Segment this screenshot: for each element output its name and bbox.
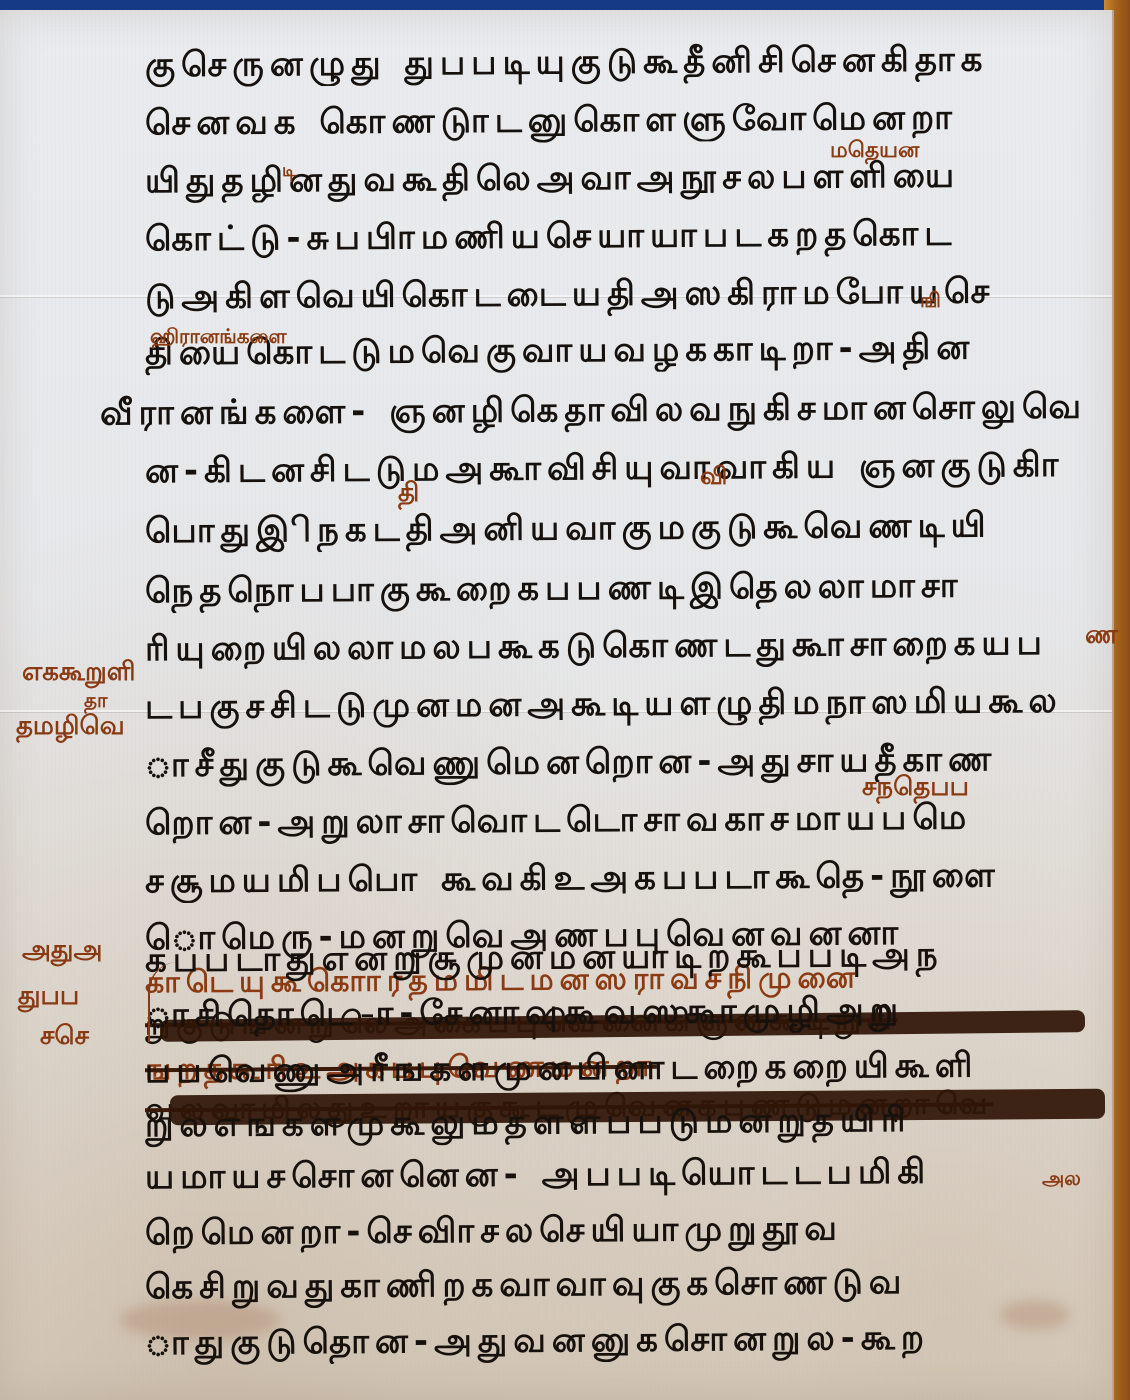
correction-note: டி bbox=[282, 160, 296, 183]
text-line: கெசிறுவதுகாணிறகவாவாவுகுகசொணடுவ bbox=[145, 1259, 1085, 1310]
text-line: றுலஎஙகளமுகூலுமதளளபபடுமனறுதயிரி bbox=[145, 1097, 1085, 1148]
text-line: ாதுகுடுதொன-அதுவனனுகசொனறுல-கூற bbox=[145, 1315, 1085, 1366]
correction-note: ஹிரானங்களை bbox=[150, 324, 286, 351]
margin-note: தமழிவெ bbox=[16, 706, 125, 746]
margin-note: சசெ bbox=[40, 1016, 89, 1056]
text-line: பபவெணுஅரீஙகளமுனபினாடறைகறையிகூளி bbox=[145, 1043, 1085, 1094]
correction-note: தி bbox=[398, 478, 419, 511]
margin-bracket bbox=[148, 962, 260, 1042]
correction-note: ண bbox=[1085, 620, 1118, 653]
correction-note: ஙி bbox=[920, 288, 941, 315]
correction-note: வி bbox=[700, 462, 727, 493]
margin-note: எககூறுளி bbox=[22, 652, 135, 692]
correction-note: மதெயன bbox=[830, 138, 919, 166]
manuscript-lower-block: கபபடாதுஎனறுசூமுனமனயாடிறகூபபடிஅநாசிதொடெ-ா… bbox=[0, 0, 1112, 1400]
margin-note: அதுஅ bbox=[22, 930, 102, 970]
correction-note: அல bbox=[1042, 1166, 1081, 1193]
text-line: கபபடாதுஎனறுசூமுனமனயாடிறகூபபடிஅந bbox=[145, 932, 1085, 983]
correction-note: சநதெபப bbox=[862, 772, 969, 805]
text-line: யமாயசசொனனென- அபபடியொடடபமிகி bbox=[145, 1149, 1085, 1200]
text-line: றெமெனறா-செவிாசலசெயியாமுறுதூவ bbox=[145, 1205, 1085, 1256]
text-line: ாசிதொடெ-ா-சேனாவுகூவஸகூாமுழிஅறு bbox=[145, 987, 1085, 1038]
margin-note: துபப bbox=[18, 976, 79, 1016]
